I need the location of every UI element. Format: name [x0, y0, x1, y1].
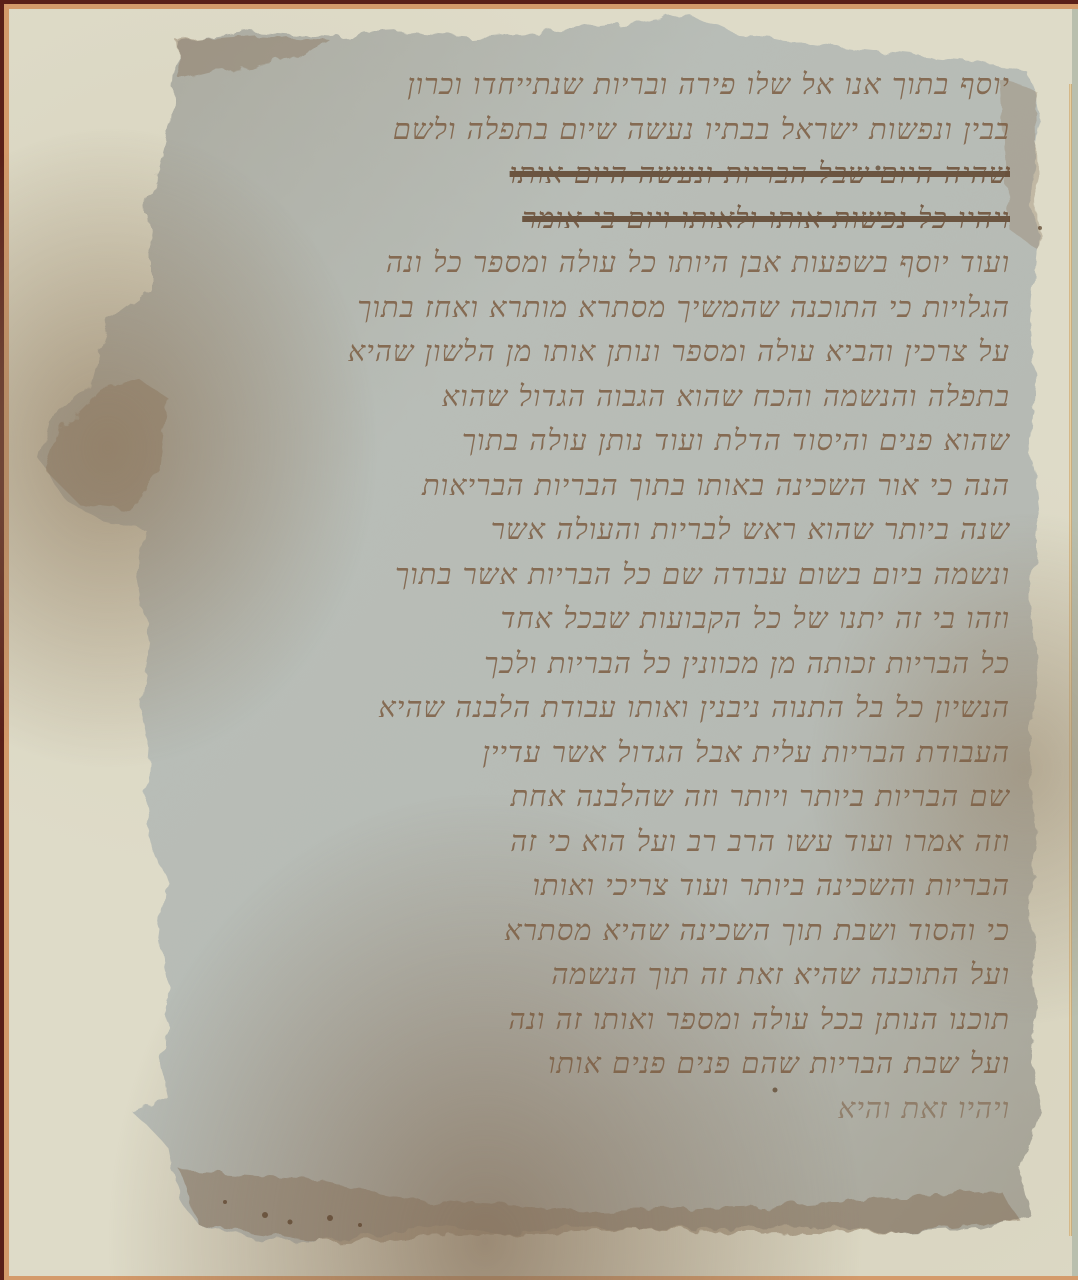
manuscript-line: וזה אמרו ועוד עשו הרב רב ועל הוא כי זה — [150, 819, 1010, 864]
manuscript-line: ועל התוכנה שהיא זאת זה תוך הנשמה — [150, 952, 1010, 997]
manuscript-line: הבריות והשכינה ביותר ועוד צריכי ואותו — [150, 863, 1010, 908]
faded-manuscript-line: ויהיו זאת והיא — [150, 1086, 1010, 1131]
manuscript-line: העבודת הבריות עלית אבל הגדול אשר עדיין — [150, 730, 1010, 775]
manuscript-line: יוסף בתוך אנו אל שלו פירה ובריות שנתייחד… — [150, 62, 1010, 107]
manuscript-line: וזהו בי זה יתנו של כל הקבועות שבכל אחד — [150, 596, 1010, 641]
manuscript-line: כי והסוד ושבת תוך השכינה שהיא מסתרא — [150, 908, 1010, 953]
manuscript-line: ונשמה ביום בשום עבודה שם כל הבריות אשר ב… — [150, 552, 1010, 597]
manuscript-line: הנשיון כל בל התנוה ניבנין ואותו עבודת הל… — [150, 685, 1010, 730]
struck-manuscript-line: ויהיו כל נפשות אותו ולאותו ויום בי אומר — [150, 196, 1010, 241]
manuscript-line: שם הבריות ביותר ויותר וזה שהלבנה אחת — [150, 774, 1010, 819]
manuscript-line: שהוא פנים והיסוד הדלת ועוד נותן עולה בתו… — [150, 418, 1010, 463]
manuscript-line: בבין ונפשות ישראל בבתיו נעשה שיום בתפלה … — [150, 107, 1010, 152]
manuscript-line: בתפלה והנשמה והכח שהוא הגבוה הגדול שהוא — [150, 374, 1010, 419]
manuscript-line: ועוד יוסף בשפעות אבן היותו כל עולה ומספר… — [150, 240, 1010, 285]
manuscript-line: ועל שבת הבריות שהם פנים פנים אותו — [150, 1041, 1010, 1086]
manuscript-line: הנה כי אור השכינה באותו בתוך הבריות הברי… — [150, 463, 1010, 508]
manuscript-line: שנה ביותר שהוא ראש לבריות והעולה אשר — [150, 507, 1010, 552]
manuscript-text: יוסף בתוך אנו אל שלו פירה ובריות שנתייחד… — [150, 62, 1010, 1130]
manuscript-line: על צרכין והביא עולה ומספר ונותן אותו מן … — [150, 329, 1010, 374]
struck-manuscript-line: שהיה היום שבל הבריות ונעשה היום אותו — [150, 151, 1010, 196]
manuscript-line: תוכנו הנותן בכל עולה ומספר ואותו זה ונה — [150, 997, 1010, 1042]
manuscript-line: כל הבריות זכותה מן מכוונין כל הבריות ולכ… — [150, 641, 1010, 686]
manuscript-line: הגלויות כי התוכנה שהמשיך מסתרא מותרא ואח… — [150, 285, 1010, 330]
